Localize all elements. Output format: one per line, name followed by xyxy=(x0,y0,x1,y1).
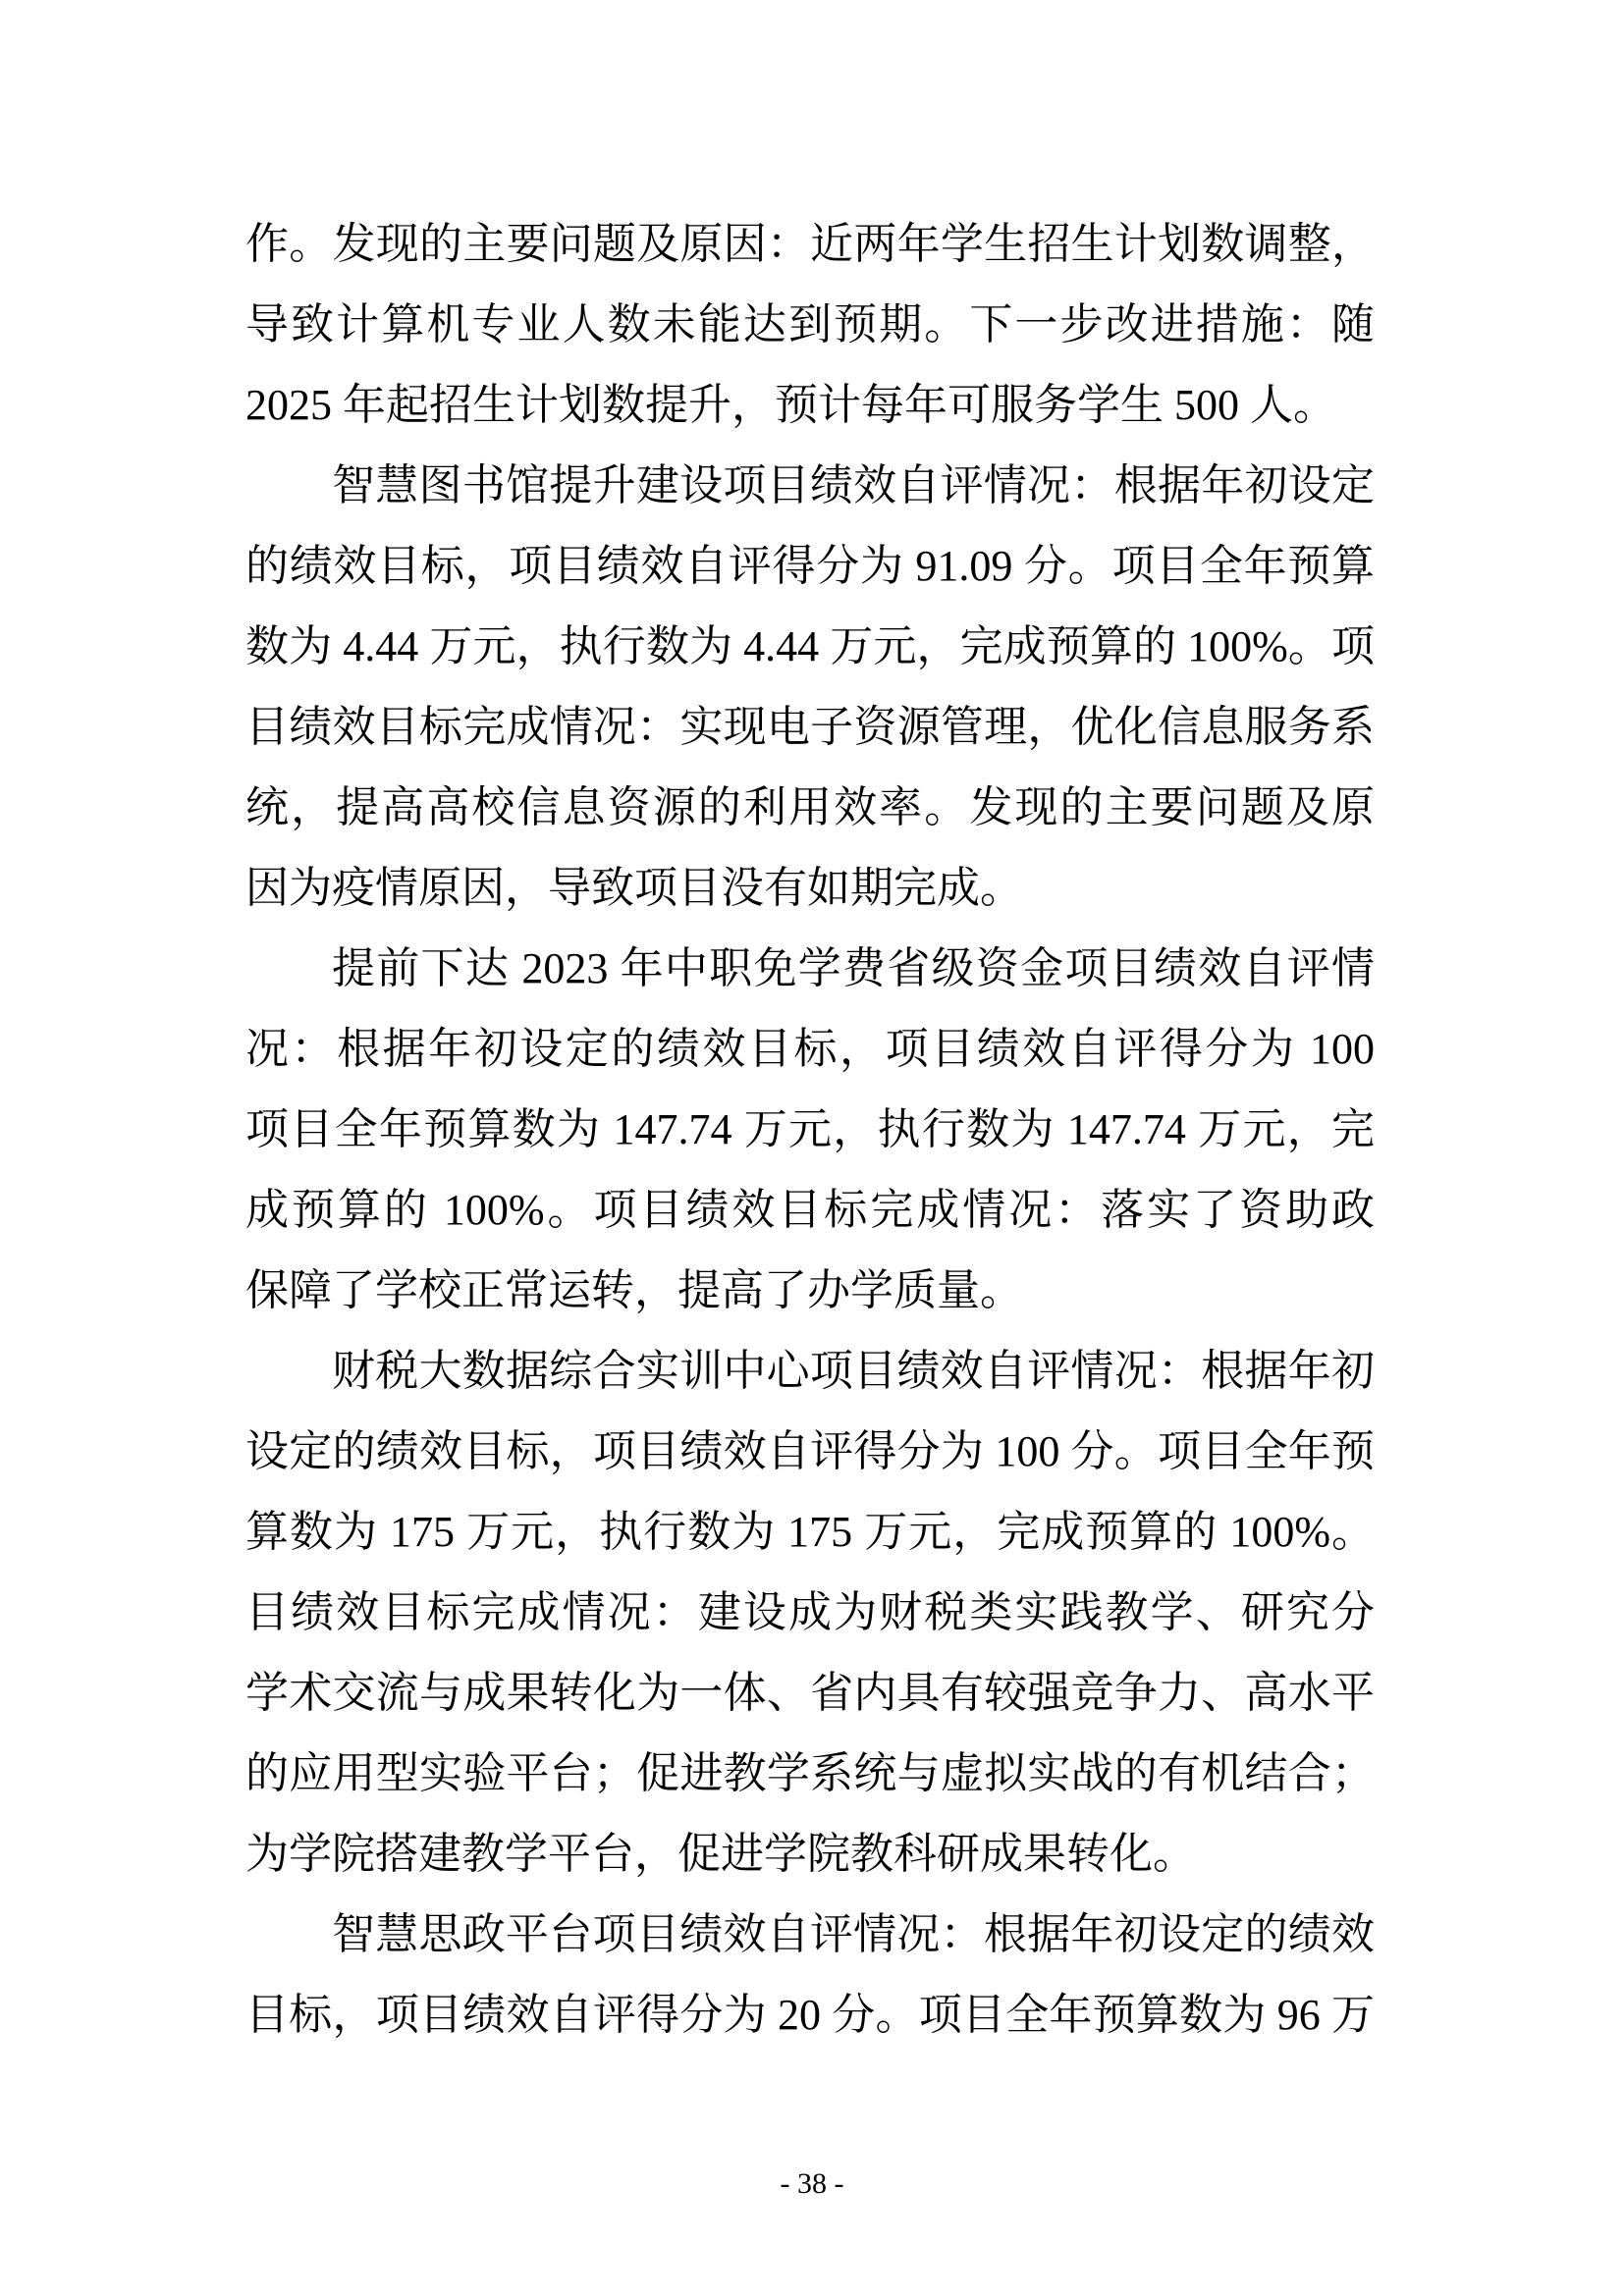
page-number: - 38 - xyxy=(0,2163,1624,2206)
text-line: 算数为 175 万元，执行数为 175 万元，完成预算的 100%。项 xyxy=(245,1492,1375,1573)
document-text: 作。发现的主要问题及原因：近两年学生招生计划数调整，导致计算机专业人数未能达到预… xyxy=(245,204,1375,2056)
document-page: 作。发现的主要问题及原因：近两年学生招生计划数调整，导致计算机专业人数未能达到预… xyxy=(0,0,1624,2296)
text-line: 提前下达 2023 年中职免学费省级资金项目绩效自评情 xyxy=(245,929,1375,1009)
text-line: 目绩效目标完成情况：实现电子资源管理，优化信息服务系 xyxy=(245,687,1375,768)
text-line: 成预算的 100%。项目绩效目标完成情况：落实了资助政策， xyxy=(245,1170,1375,1251)
text-line: 学术交流与成果转化为一体、省内具有较强竞争力、高水平 xyxy=(245,1653,1375,1734)
text-line: 项目全年预算数为 147.74 万元，执行数为 147.74 万元，完 xyxy=(245,1090,1375,1170)
text-line: 的绩效目标，项目绩效自评得分为 91.09 分。项目全年预算 xyxy=(245,526,1375,607)
text-line: 统，提高高校信息资源的利用效率。发现的主要问题及原因： xyxy=(245,768,1375,848)
text-line: 为学院搭建教学平台，促进学院教科研成果转化。 xyxy=(245,1814,1375,1895)
text-line: 目标，项目绩效自评得分为 20 分。项目全年预算数为 96 万 xyxy=(245,1975,1375,2056)
text-line: 财税大数据综合实训中心项目绩效自评情况：根据年初 xyxy=(245,1331,1375,1412)
text-line: 目绩效目标完成情况：建设成为财税类实践教学、研究分析、 xyxy=(245,1573,1375,1653)
text-line: 智慧图书馆提升建设项目绩效自评情况：根据年初设定 xyxy=(245,446,1375,526)
text-line: 况：根据年初设定的绩效目标，项目绩效自评得分为 100 分。 xyxy=(245,1009,1375,1090)
text-line: 的应用型实验平台；促进教学系统与虚拟实战的有机结合； xyxy=(245,1734,1375,1814)
text-line: 因为疫情原因，导致项目没有如期完成。 xyxy=(245,848,1375,929)
text-line: 保障了学校正常运转，提高了办学质量。 xyxy=(245,1251,1375,1331)
text-line: 数为 4.44 万元，执行数为 4.44 万元，完成预算的 100%。项 xyxy=(245,607,1375,687)
text-line: 2025 年起招生计划数提升，预计每年可服务学生 500 人。 xyxy=(245,365,1375,446)
text-line: 智慧思政平台项目绩效自评情况：根据年初设定的绩效 xyxy=(245,1895,1375,1975)
text-line: 导致计算机专业人数未能达到预期。下一步改进措施：随 xyxy=(245,285,1375,365)
text-line: 作。发现的主要问题及原因：近两年学生招生计划数调整， xyxy=(245,204,1375,285)
text-line: 设定的绩效目标，项目绩效自评得分为 100 分。项目全年预 xyxy=(245,1412,1375,1492)
